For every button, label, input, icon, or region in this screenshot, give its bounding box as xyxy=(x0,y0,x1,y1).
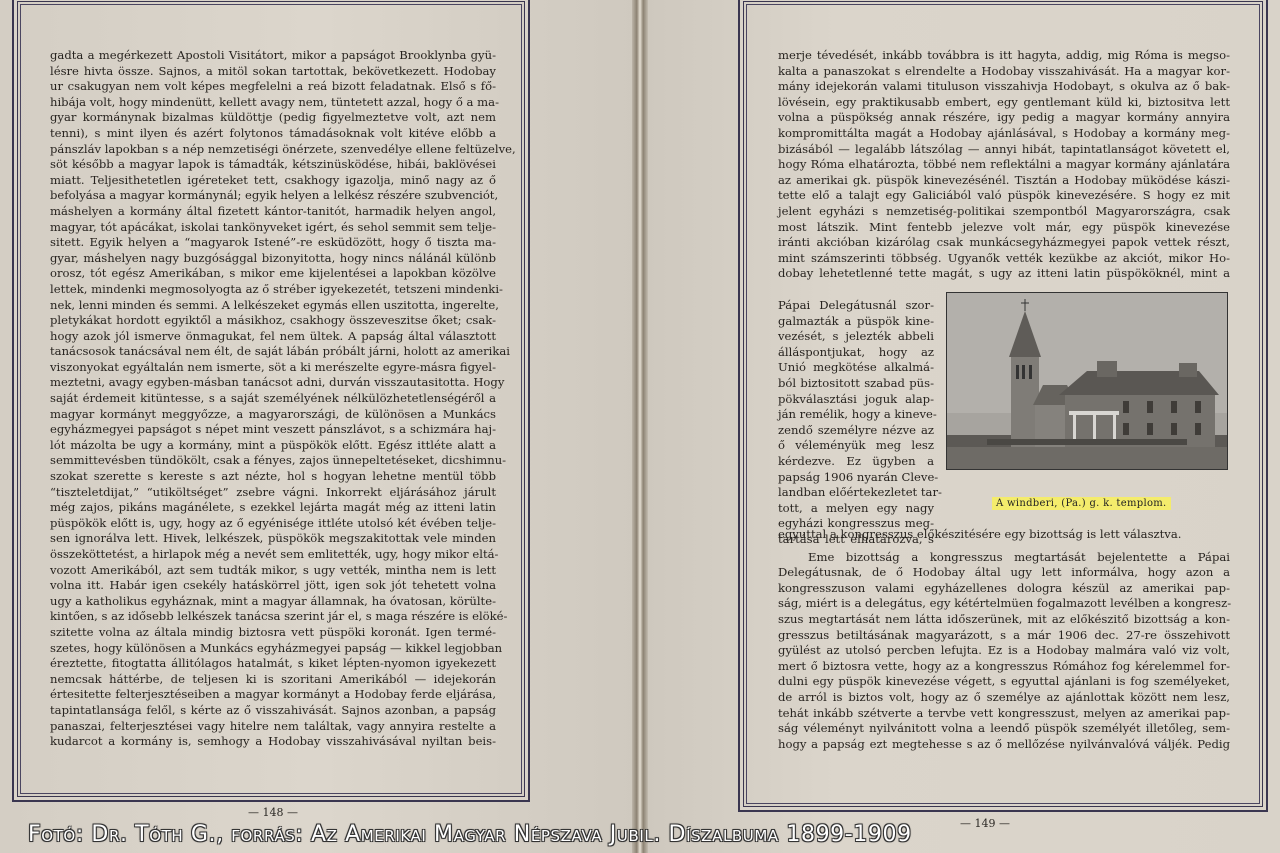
text-line: szetes, hogy különösen a Munkács egyházm… xyxy=(50,641,496,657)
text-line: összeköttetést, a hirlapok még a nevét s… xyxy=(50,547,496,563)
text-line: dobay lehetetlenné tette magát, s ugy az… xyxy=(778,266,1230,282)
text-line: lésre hivta össze. Sajnos, a mitöl sokan… xyxy=(50,64,496,80)
text-line: hogy a papság ezt megtehesse s az ő mell… xyxy=(778,737,1230,753)
book-gutter xyxy=(632,0,648,853)
text-line: értesitette felterjesztéseiben a magyar … xyxy=(50,687,496,703)
text-line: pletykákat hordott egyiktől a másikhoz, … xyxy=(50,313,496,329)
text-line: gyülést az utolsó percben lefujta. Ez is… xyxy=(778,643,1230,659)
text-line: sitett. Egyik helyen a “magyarok Istené”… xyxy=(50,235,496,251)
text-line: viszonyokat egyáltalán nem ismerte, söt … xyxy=(50,360,496,376)
text-line: miatt. Teljesithetetlen igéreteket tett,… xyxy=(50,173,496,189)
text-line: kalta a panaszokat s elrendelte a Hodoba… xyxy=(778,64,1230,80)
text-line: panaszai, felterjesztései vagy hitelre n… xyxy=(50,719,496,735)
text-line: bizásából — legalább látszólag — annyi h… xyxy=(778,142,1230,158)
text-line: ur csakugyan nem volt képes megfelelni a… xyxy=(50,79,496,95)
text-line: orosz, tót egész Amerikában, s mikor eme… xyxy=(50,266,496,282)
text-line: szitette volna az általa mindig biztosra… xyxy=(50,625,496,641)
text-line: ból biztositott szabad püs- xyxy=(778,376,934,392)
text-line: de arról is biztos volt, hogy az ő szemé… xyxy=(778,690,1230,706)
text-line: vozott Amerikából, azt sem tudták mikor,… xyxy=(50,563,496,579)
text-line: kintően, s az idősebb lelkészek tanácsa … xyxy=(50,609,496,625)
text-line: tette elő a talajt egy Galiciából való p… xyxy=(778,188,1230,204)
text-line: szokat szerette s kereste s azt nézte, h… xyxy=(50,469,496,485)
text-line: iránti akcióban kizárólag csak munkácseg… xyxy=(778,235,1230,251)
text-line: lót mázolta be ugy a kormány, mint a püs… xyxy=(50,438,496,454)
text-line: galmazták a püspök kine- xyxy=(778,314,934,330)
right-page-text-bottom: egyuttal a kongresszus előkészitésére eg… xyxy=(778,527,1230,752)
right-page-text-top: merje tévedését, inkább továbbra is itt … xyxy=(778,48,1230,282)
text-line: volna a püspökség annak részére, igy ped… xyxy=(778,110,1230,126)
text-line: gyar kormánynak bizalmas küldöttje (pedi… xyxy=(50,110,496,126)
page-number-left: — 148 — xyxy=(248,806,298,819)
text-line: hibája volt, hogy mindenütt, kellett ava… xyxy=(50,95,496,111)
text-line: kompromittálta magát a Hodobay ajánlásáv… xyxy=(778,126,1230,142)
text-line: Eme bizottság a kongresszus megtartását … xyxy=(778,550,1230,566)
text-line: éreztette, fitogtatta állitólagos hatalm… xyxy=(50,656,496,672)
text-line: egyuttal a kongresszus előkészitésére eg… xyxy=(778,527,1230,543)
text-line: ugy a katholikus egyháznak, mint a magya… xyxy=(50,594,496,610)
text-line: szus megtartását nem látta időszerünek, … xyxy=(778,612,1230,628)
text-line: befolyása a magyar kormánynál; egyik hel… xyxy=(50,188,496,204)
text-line: jelent egyházi s nemzetiség-politikai sz… xyxy=(778,204,1230,220)
text-line: kudarcot a kormány is, semhogy a Hodobay… xyxy=(50,734,496,750)
text-line: volna itt. Habár igen csekély hatáskörre… xyxy=(50,578,496,594)
text-line: mány idejekorán valami tituluson visszah… xyxy=(778,79,1230,95)
church-photo xyxy=(946,292,1228,470)
text-line: zendő személyre nézve az xyxy=(778,423,934,439)
text-line: Pápai Delegátusnál szor- xyxy=(778,298,934,314)
photo-credit-watermark: Fotó: Dr. Tóth G., forrás: Az Amerikai M… xyxy=(28,822,1258,847)
text-line: Unió megkötése alkalmá- xyxy=(778,360,934,376)
text-line: kongresszuson valami egyházellenes dolog… xyxy=(778,581,1230,597)
book-spread: gadta a megérkezett Apostoli Visitátort,… xyxy=(0,0,1280,853)
text-line: ő véleményük meg lesz xyxy=(778,438,934,454)
text-line: egyházmegyei papságot s népet mint vesze… xyxy=(50,422,496,438)
text-line: Delegátusnak, de ő Hodobay által ugy let… xyxy=(778,565,1230,581)
text-line: tenni), s mint ilyen és azért folytonos … xyxy=(50,126,496,142)
text-line: merje tévedését, inkább továbbra is itt … xyxy=(778,48,1230,64)
right-page-text-beside-figure: Pápai Delegátusnál szor-galmazták a püsp… xyxy=(778,298,934,548)
text-line: tott, a melyen egy nagy xyxy=(778,501,934,517)
text-line: mint számszerinti többség. Ugyanők vetté… xyxy=(778,251,1230,267)
text-line: lettek, mindenki megmosolyogta az ő stré… xyxy=(50,282,496,298)
text-line: “tiszteletdijat,” “utiköltséget” zsebre … xyxy=(50,485,496,501)
text-line: most látszik. Mint fentebb jelezve volt … xyxy=(778,220,1230,236)
text-line: mert ő biztosra vette, hogy az a kongres… xyxy=(778,659,1230,675)
text-line: ján remélik, hogy a kineve- xyxy=(778,407,934,423)
text-line: gresszus betiltásának magyarázott, s a m… xyxy=(778,628,1230,644)
text-line: gadta a megérkezett Apostoli Visitátort,… xyxy=(50,48,496,64)
text-line: dulni egy püspök kinevezése végett, s eg… xyxy=(778,674,1230,690)
text-line: meztetni, avagy egyben-másban tanácsot a… xyxy=(50,375,496,391)
text-line: püspökök előtt is, ugy, hogy az ő egyéni… xyxy=(50,516,496,532)
text-line: landban előértekezletet tar- xyxy=(778,485,934,501)
text-line: nek, lenni minden és semmi. A lelkészeke… xyxy=(50,298,496,314)
text-line: tehát inkább szétverte a tervbe vett kon… xyxy=(778,706,1230,722)
figure-caption: A windberi, (Pa.) g. k. templom. xyxy=(992,497,1171,510)
text-line: tapintatlansága felől, s kérte az ő viss… xyxy=(50,703,496,719)
text-line: saját érdemeit kitüntesse, s a saját sze… xyxy=(50,391,496,407)
text-line: vezését, s jelezték abbeli xyxy=(778,329,934,345)
text-line: söt később a magyar lapok is támadták, k… xyxy=(50,157,496,173)
text-line: még zajos, pikáns magánélete, s ezekkel … xyxy=(50,500,496,516)
text-line: pánszláv lapokban s a nép nemzetiségi ön… xyxy=(50,142,496,158)
text-line: papság 1906 nyarán Cleve- xyxy=(778,470,934,486)
text-line: ság, miért is a delegátus, egy kétértelm… xyxy=(778,596,1230,612)
text-line: magyar, tót apácákat, iskolai tankönyvek… xyxy=(50,220,496,236)
text-line: az amerikai gk. püspök kinevezésénél. Ti… xyxy=(778,173,1230,189)
text-line: hogy Róma elhatározta, többé nem reflekt… xyxy=(778,157,1230,173)
church-photo-icon xyxy=(947,293,1227,469)
text-line: máshelyen a kormány által fizetett kánto… xyxy=(50,204,496,220)
text-line: pökválasztási joguk alap- xyxy=(778,392,934,408)
text-line: kérdezve. Ez ügyben a xyxy=(778,454,934,470)
text-line: lövésein, egy praktikusabb embert, egy g… xyxy=(778,95,1230,111)
text-line: hogy azok jól ismerve önmagukat, fel nem… xyxy=(50,329,496,345)
text-line: sen ignorálva lett. Hivek, lelkészek, pü… xyxy=(50,531,496,547)
left-page-text: gadta a megérkezett Apostoli Visitátort,… xyxy=(50,48,496,750)
text-line: ság véleményt nyilvánitott volna a leend… xyxy=(778,721,1230,737)
text-line: gyar, máshelyen nagy buzgósággal bizonyi… xyxy=(50,251,496,267)
text-line: magyar kormányt meggyőzze, a magyarorszá… xyxy=(50,407,496,423)
text-line: tanácsosok tanácsával nem élt, de saját … xyxy=(50,344,496,360)
text-line: álláspontjukat, hogy az xyxy=(778,345,934,361)
text-line: semmittevésben tündökölt, csak a fényes,… xyxy=(50,453,496,469)
text-line: nemcsak háttérbe, de teljesen ki is szor… xyxy=(50,672,496,688)
